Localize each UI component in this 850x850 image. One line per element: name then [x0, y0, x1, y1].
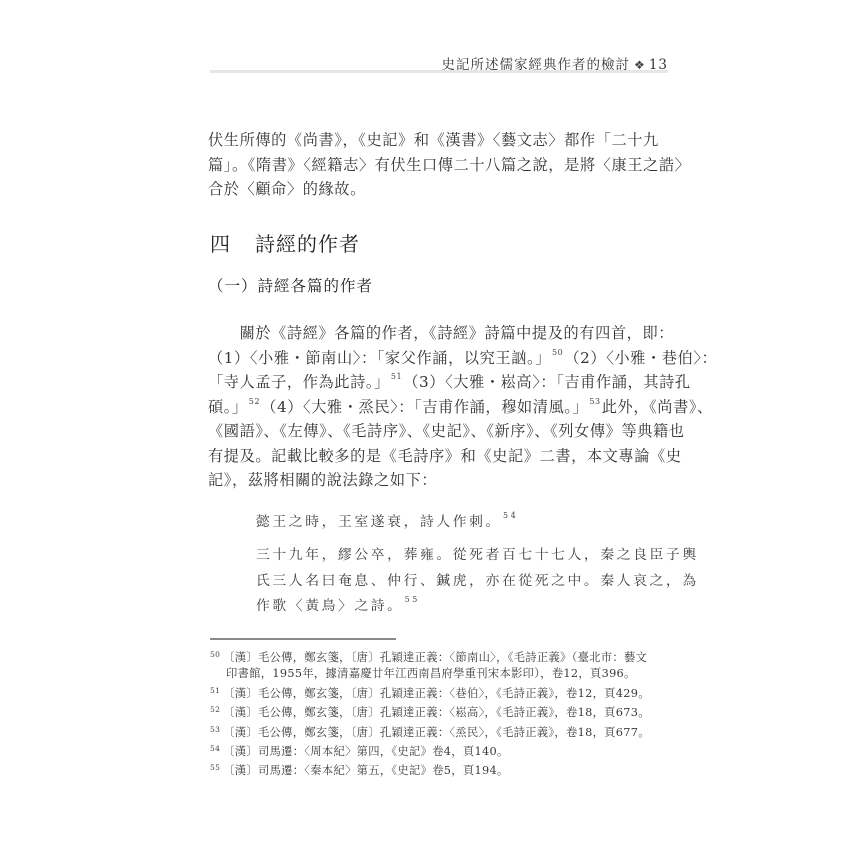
subsection-heading: （一）詩經各篇的作者 — [208, 274, 373, 296]
text-line: 「寺人孟子，作為此詩。」51（3）〈大雅・崧高〉：「吉甫作誦，其詩孔 — [208, 370, 663, 395]
footnote-text: 〔漢〕毛公傳，鄭玄箋，〔唐〕孔穎達正義：〈烝民〉，《毛詩正義》，卷18，頁677… — [223, 726, 650, 739]
section-number: 四 — [210, 232, 231, 256]
footnote-number: 53 — [210, 725, 220, 734]
footnote-rule — [210, 638, 396, 640]
text-line: 篇」。《隋書》〈經籍志〉有伏生口傳二十八篇之說，是將〈康王之誥〉 — [208, 153, 663, 178]
section-heading: 四詩經的作者 — [210, 228, 360, 257]
footnote-number: 52 — [210, 705, 220, 714]
section-title: 詩經的作者 — [255, 232, 360, 256]
footnote-number: 51 — [210, 686, 220, 695]
block-quote: 懿王之時，王室遂衰，詩人作刺。54 — [256, 510, 666, 536]
text-line: 關於《詩經》各篇的作者，《詩經》詩篇中提及的有四首，即： — [208, 321, 663, 346]
footnote-text: 〔漢〕司馬遷：〈周本紀〉第四，《史記》卷4，頁140。 — [223, 745, 508, 758]
text-segment: （1）〈小雅・節南山〉：「家父作誦，以究王訩。」 — [208, 349, 551, 367]
text-segment: （3）〈大雅・崧高〉：「吉甫作誦，其詩孔 — [403, 373, 690, 391]
footnote-number: 55 — [210, 763, 220, 772]
quote-line: 氏三人名曰奄息、仲行、鍼虎，亦在從死之中。秦人哀之，為 — [256, 569, 666, 595]
main-paragraph: 關於《詩經》各篇的作者，《詩經》詩篇中提及的有四首，即： （1）〈小雅・節南山〉… — [208, 321, 663, 493]
footnote-55: 55〔漢〕司馬遷：〈秦本紀〉第五，《史記》卷5，頁194。 — [210, 760, 670, 779]
footnote-53: 53〔漢〕毛公傳，鄭玄箋，〔唐〕孔穎達正義：〈烝民〉，《毛詩正義》，卷18，頁6… — [210, 722, 670, 741]
footnote-ref[interactable]: 53 — [589, 397, 600, 406]
footnote-ref[interactable]: 51 — [391, 372, 402, 381]
quote-text: 懿王之時，王室遂衰，詩人作刺。 — [256, 514, 502, 530]
quote-line: 三十九年，繆公卒，葬雍。從死者百七十七人，秦之良臣子輿 — [256, 543, 666, 569]
footnote-ref[interactable]: 52 — [249, 397, 260, 406]
text-segment: （2）〈小雅・巷伯〉： — [564, 349, 717, 367]
text-segment: （4）〈大雅・烝民〉：「吉甫作誦，穆如清風。」 — [261, 398, 588, 416]
footnote-text: 〔漢〕司馬遷：〈秦本紀〉第五，《史記》卷5，頁194。 — [223, 764, 508, 777]
footnotes: 50〔漢〕毛公傳，鄭玄箋，〔唐〕孔穎達正義：〈節南山〉，《毛詩正義》（臺北市：藝… — [210, 647, 670, 780]
text-line: （1）〈小雅・節南山〉：「家父作誦，以究王訩。」50（2）〈小雅・巷伯〉： — [208, 346, 663, 371]
footnote-ref[interactable]: 50 — [552, 348, 563, 357]
text-line: 記》，茲將相關的說法錄之如下： — [208, 468, 663, 493]
text-segment: 作歌〈黃鳥〉之詩。 — [256, 598, 404, 614]
text-line: 有提及。記載比較多的是《毛詩序》和《史記》二書，本文專論《史 — [208, 444, 663, 469]
text-segment: 碩。」 — [208, 398, 248, 416]
header-rule — [210, 70, 668, 73]
footnote-text: 〔漢〕毛公傳，鄭玄箋，〔唐〕孔穎達正義：〈節南山〉，《毛詩正義》（臺北市：藝文 — [223, 651, 647, 664]
footnote-number: 50 — [210, 650, 220, 659]
block-quote: 三十九年，繆公卒，葬雍。從死者百七十七人，秦之良臣子輿 氏三人名曰奄息、仲行、鍼… — [256, 543, 666, 620]
footnote-number: 54 — [210, 744, 220, 753]
footnote-text: 〔漢〕毛公傳，鄭玄箋，〔唐〕孔穎達正義：〈崧高〉，《毛詩正義》，卷18，頁673… — [223, 706, 650, 719]
footnote-ref[interactable]: 55 — [405, 595, 420, 604]
footnote-continuation: 印書館，1955年，據清嘉慶廿年江西南昌府學重刊宋本影印），卷12，頁396。 — [210, 666, 670, 682]
footnote-text: 〔漢〕毛公傳，鄭玄箋，〔唐〕孔穎達正義：〈巷伯〉，《毛詩正義》，卷12，頁429… — [223, 687, 650, 700]
footnote-ref[interactable]: 54 — [503, 511, 518, 520]
text-line: 伏生所傳的《尚書》，《史記》和《漢書》〈藝文志〉都作「二十九 — [208, 128, 663, 153]
text-line: 合於〈顧命〉的緣故。 — [208, 177, 663, 202]
footnote-54: 54〔漢〕司馬遷：〈周本紀〉第四，《史記》卷4，頁140。 — [210, 741, 670, 760]
footnote-52: 52〔漢〕毛公傳，鄭玄箋，〔唐〕孔穎達正義：〈崧高〉，《毛詩正義》，卷18，頁6… — [210, 702, 670, 721]
text-segment: 「寺人孟子，作為此詩。」 — [208, 373, 390, 391]
footnote-50: 50〔漢〕毛公傳，鄭玄箋，〔唐〕孔穎達正義：〈節南山〉，《毛詩正義》（臺北市：藝… — [210, 647, 670, 683]
text-line: 碩。」52（4）〈大雅・烝民〉：「吉甫作誦，穆如清風。」53此外，《尚書》、 — [208, 395, 663, 420]
text-segment: 此外，《尚書》、 — [602, 398, 713, 416]
quote-line: 作歌〈黃鳥〉之詩。55 — [256, 594, 666, 620]
footnote-51: 51〔漢〕毛公傳，鄭玄箋，〔唐〕孔穎達正義：〈巷伯〉，《毛詩正義》，卷12，頁4… — [210, 683, 670, 702]
text-line: 《國語》、《左傳》、《毛詩序》、《史記》、《新序》、《列女傳》等典籍也 — [208, 419, 663, 444]
intro-paragraph: 伏生所傳的《尚書》，《史記》和《漢書》〈藝文志〉都作「二十九 篇」。《隋書》〈經… — [208, 128, 663, 202]
book-page: 史記所述儒家經典作者的檢討❖13 伏生所傳的《尚書》，《史記》和《漢書》〈藝文志… — [0, 0, 850, 850]
